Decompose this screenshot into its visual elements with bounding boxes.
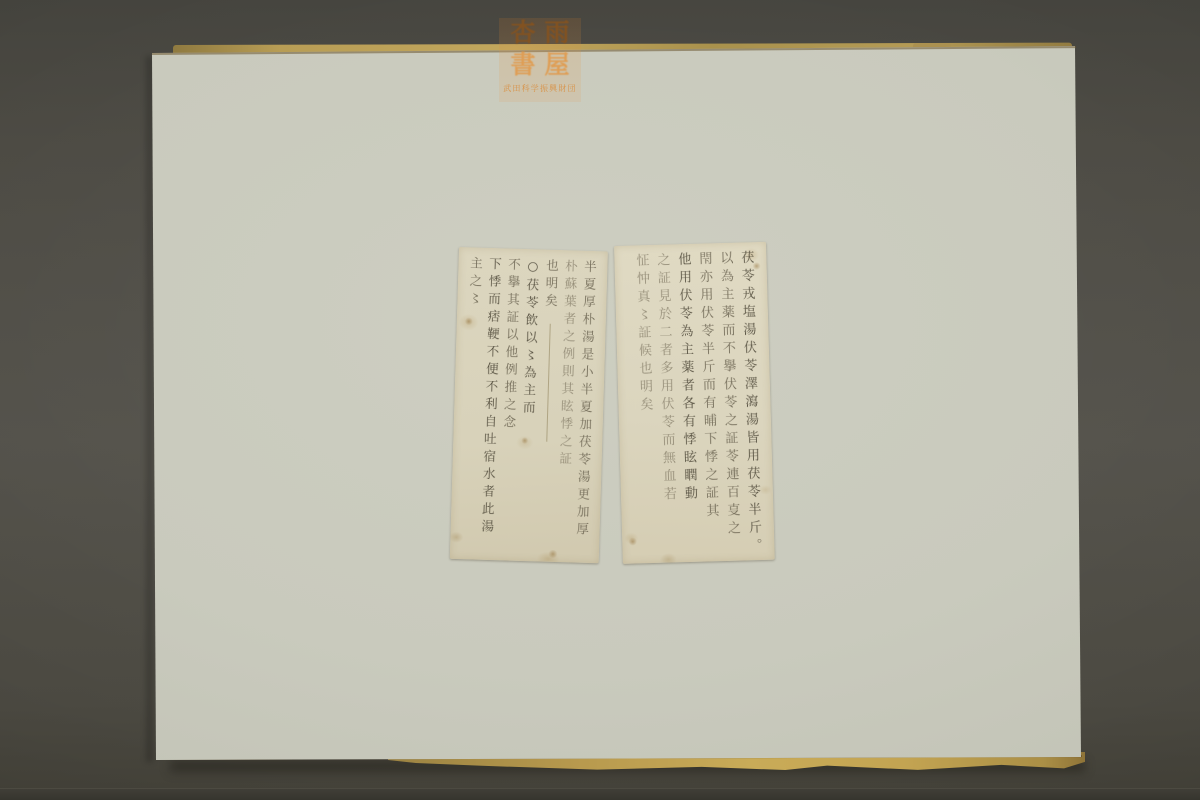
watermark-small-text: 武田科学振興財団 — [503, 83, 577, 94]
table-edge — [0, 788, 1200, 800]
foxing-spot — [548, 550, 558, 558]
sheet-left-shadow — [146, 56, 153, 762]
manuscript-left-piece: 半夏厚朴湯是小半夏加茯苓湯更加厚 朴蘇葉者之例則其眩悸之証 也明矣 ○茯苓飲以〻… — [450, 247, 608, 563]
foxing-spot — [628, 537, 637, 545]
library-watermark-seal: 杏雨 書屋 武田科学振興財団 — [499, 18, 581, 102]
watermark-row-2: 書屋 — [501, 50, 578, 80]
watermark-row-1: 杏雨 — [501, 18, 578, 48]
manuscript-right-piece: 茯苓戎塩湯伏苓澤瀉湯皆用茯苓半斤。 以為主薬而不擧伏苓之証苓連百㕝之 閇亦用伏苓… — [614, 242, 775, 564]
foxing-spot — [753, 262, 761, 270]
